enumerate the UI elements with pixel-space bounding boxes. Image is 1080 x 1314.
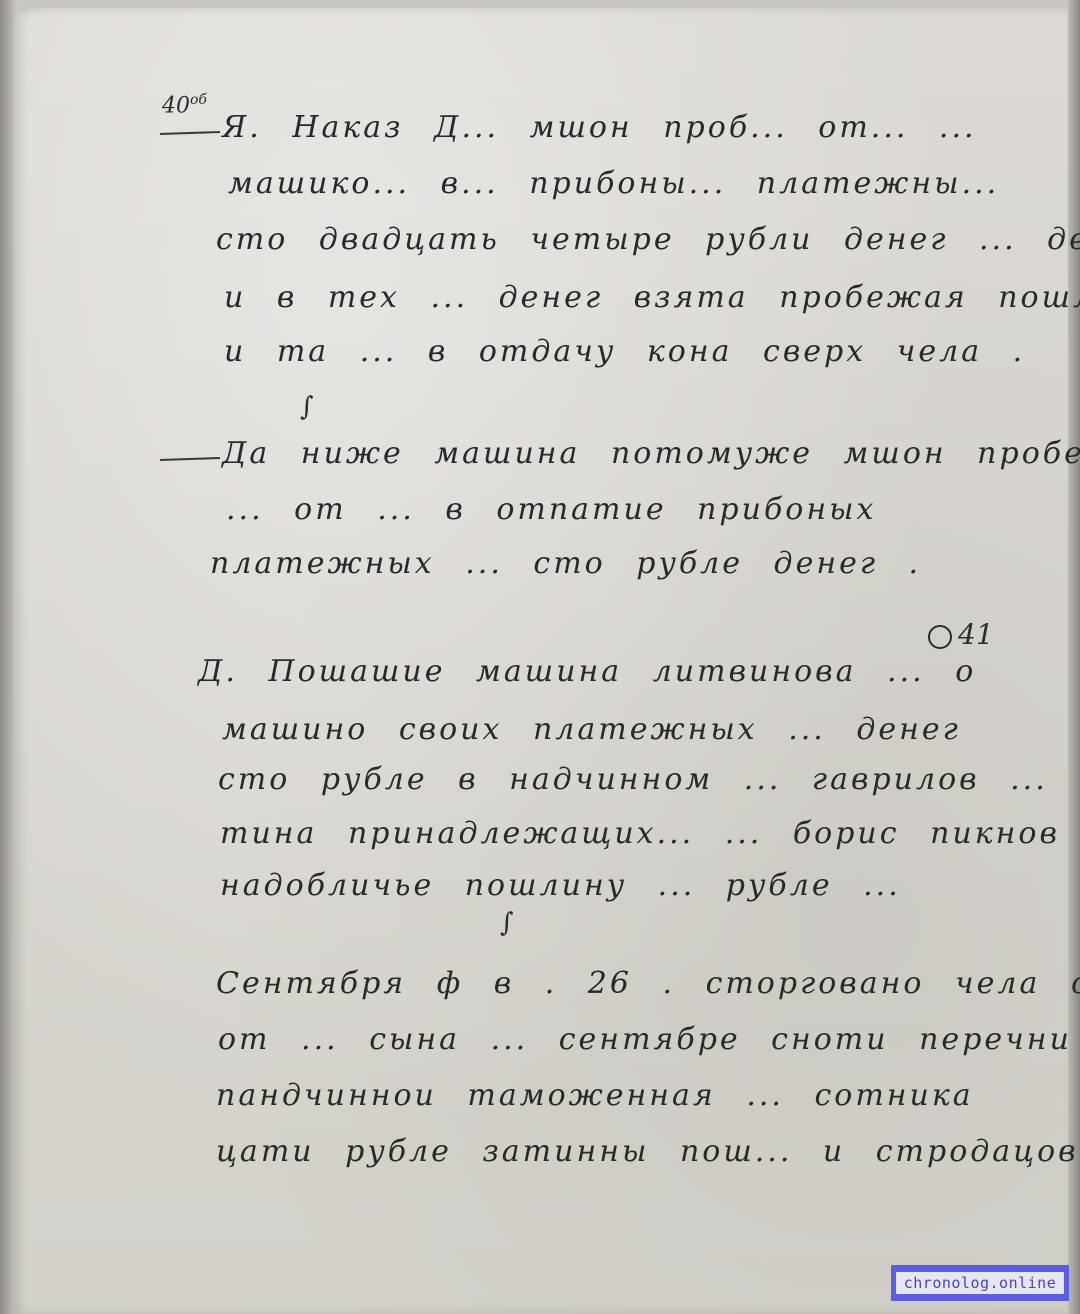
- text-line: сто рубле в надчинном ... гаврилов ...: [218, 762, 1048, 797]
- flourish-mark-icon: ∫: [500, 908, 514, 938]
- text-line: машико... в... прибоны... платежны...: [228, 166, 999, 201]
- folio-number-value: 40: [162, 93, 190, 118]
- text-line: Я. Наказ Д... мшон проб... от... ...: [222, 110, 977, 145]
- side-marker: 41: [928, 618, 994, 651]
- folio-number: 40об: [162, 92, 207, 118]
- watermark-badge: chronolog.online: [891, 1265, 1069, 1301]
- text-line: сто двадцать четыре рубли денег ... дене…: [216, 222, 1080, 257]
- circle-mark-icon: [928, 625, 952, 649]
- text-line: Д. Пошашие машина литвинова ... о: [198, 654, 976, 689]
- text-line: и в тех ... денег взята пробежая пошлина: [224, 280, 1080, 315]
- flourish-mark-icon: ∫: [300, 392, 314, 422]
- text-line: и та ... в отдачу кона сверх чела .: [224, 334, 1025, 369]
- text-line: пандчиннои таможенная ... сотника: [216, 1078, 974, 1113]
- text-line: от ... сына ... сентябре сноти перечни: [218, 1022, 1072, 1057]
- text-line: ... от ... в отпатие прибоных: [226, 492, 876, 527]
- text-line: машино своих платежных ... денег: [222, 712, 961, 747]
- text-line: цати рубле затинны пош... и стродацов: [216, 1134, 1079, 1169]
- watermark-text: chronolog.online: [896, 1272, 1065, 1294]
- text-line: надобличье пошлину ... рубле ...: [220, 868, 901, 903]
- text-line: Сентября ф в . 26 . сторговано чела сама: [216, 966, 1080, 1001]
- folio-suffix: об: [190, 92, 207, 108]
- side-marker-value: 41: [958, 618, 994, 651]
- page-edge: [1068, 0, 1080, 1314]
- text-line: Да ниже машина потомуже мшон пробежая за…: [222, 436, 1080, 471]
- text-line: платежных ... сто рубле денег .: [210, 546, 921, 581]
- text-line: тина принадлежащих... ... борис пикнов в…: [220, 816, 1080, 851]
